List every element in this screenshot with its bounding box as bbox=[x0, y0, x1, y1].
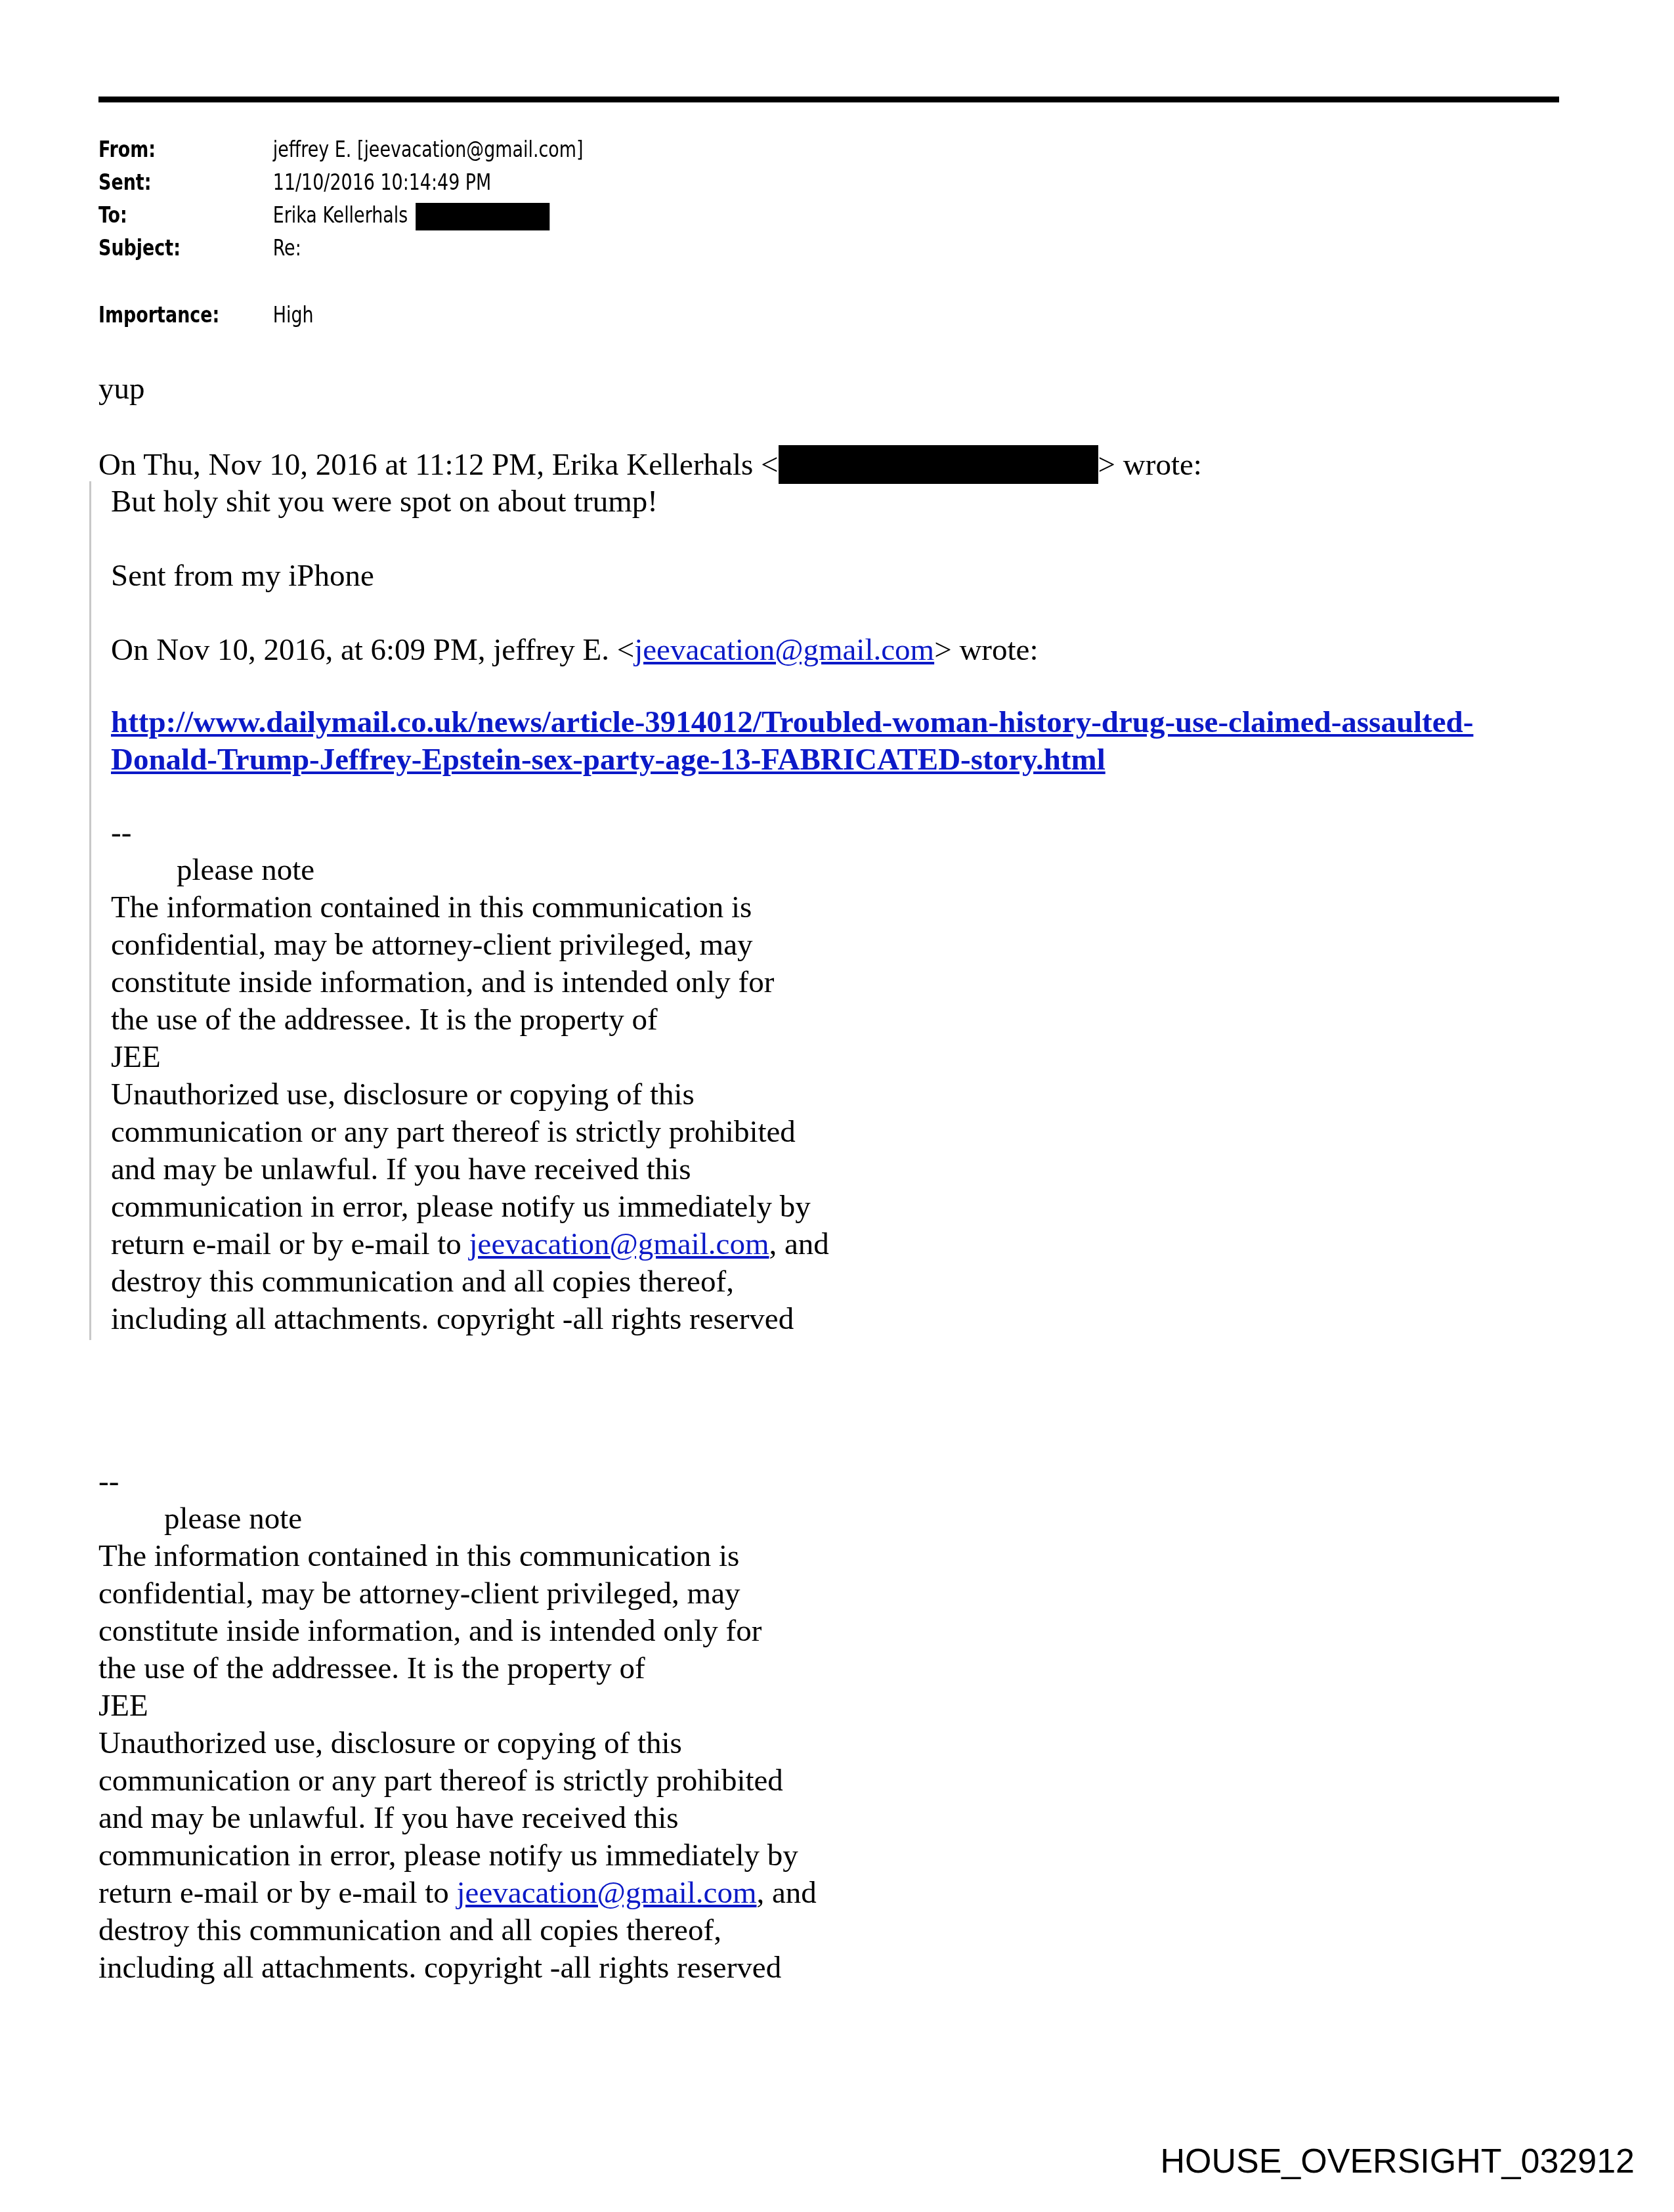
disclaimer-heading: please note bbox=[98, 1500, 817, 1538]
subject-row: Subject:Re: bbox=[98, 235, 301, 261]
disclaimer-email-link[interactable]: jeevacation@gmail.com bbox=[457, 1876, 757, 1910]
disclaimer-separator: -- bbox=[98, 1463, 817, 1500]
disclaimer-line: confidential, may be attorney-client pri… bbox=[98, 1575, 817, 1613]
return-prefix: return e-mail or by e-mail to bbox=[98, 1876, 457, 1910]
disclaimer-line: destroy this communication and all copie… bbox=[111, 1263, 829, 1301]
article-link-line1[interactable]: http://www.dailymail.co.uk/news/article-… bbox=[111, 705, 1473, 739]
quote2-intro: On Nov 10, 2016, at 6:09 PM, jeffrey E. … bbox=[111, 632, 1038, 669]
importance-label: Importance: bbox=[98, 302, 273, 328]
disclaimer-separator: -- bbox=[111, 814, 829, 852]
importance-row: Importance:High bbox=[98, 302, 314, 328]
quote1-text: But holy shit you were spot on about tru… bbox=[111, 483, 658, 521]
quote2-email-link[interactable]: jeevacation@gmail.com bbox=[634, 633, 934, 667]
disclaimer-line: constitute inside information, and is in… bbox=[111, 964, 829, 1001]
quote1-email-redaction bbox=[779, 445, 1098, 484]
disclaimer-line: Unauthorized use, disclosure or copying … bbox=[111, 1076, 829, 1114]
quote1-intro: On Thu, Nov 10, 2016 at 11:12 PM, Erika … bbox=[98, 445, 1202, 484]
disclaimer-line: JEE bbox=[98, 1687, 817, 1725]
to-label: To: bbox=[98, 202, 273, 228]
quote2-intro-suffix: > wrote: bbox=[934, 633, 1038, 667]
from-label: From: bbox=[98, 137, 273, 163]
article-link-block: http://www.dailymail.co.uk/news/article-… bbox=[111, 704, 1473, 779]
article-link-line2[interactable]: Donald-Trump-Jeffrey-Epstein-sex-party-a… bbox=[111, 743, 1105, 777]
quote1-signature: Sent from my iPhone bbox=[111, 557, 374, 595]
sent-label: Sent: bbox=[98, 169, 273, 196]
subject-value: Re: bbox=[273, 235, 301, 261]
disclaimer-return-line: return e-mail or by e-mail to jeevacatio… bbox=[98, 1875, 817, 1912]
disclaimer-line: communication or any part thereof is str… bbox=[111, 1114, 829, 1151]
quote1-intro-suffix: > wrote: bbox=[1098, 448, 1202, 482]
disclaimer-line: and may be unlawful. If you have receive… bbox=[98, 1800, 817, 1837]
disclaimer-line: JEE bbox=[111, 1039, 829, 1076]
outer-disclaimer: -- please note The information contained… bbox=[98, 1463, 817, 1987]
quote1-intro-prefix: On Thu, Nov 10, 2016 at 11:12 PM, Erika … bbox=[98, 448, 779, 482]
to-email-redaction bbox=[416, 203, 549, 230]
disclaimer-line: communication in error, please notify us… bbox=[98, 1837, 817, 1875]
return-prefix: return e-mail or by e-mail to bbox=[111, 1227, 469, 1261]
disclaimer-return-line: return e-mail or by e-mail to jeevacatio… bbox=[111, 1226, 829, 1263]
disclaimer-line: including all attachments. copyright -al… bbox=[98, 1949, 817, 1987]
sent-value: 11/10/2016 10:14:49 PM bbox=[273, 169, 492, 196]
to-row: To:Erika Kellerhals bbox=[98, 202, 550, 230]
disclaimer-email-link[interactable]: jeevacation@gmail.com bbox=[469, 1227, 769, 1261]
disclaimer-line: The information contained in this commun… bbox=[98, 1538, 817, 1575]
disclaimer-line: constitute inside information, and is in… bbox=[98, 1613, 817, 1650]
disclaimer-line: and may be unlawful. If you have receive… bbox=[111, 1151, 829, 1188]
quote2-intro-prefix: On Nov 10, 2016, at 6:09 PM, jeffrey E. … bbox=[111, 633, 634, 667]
quoted-disclaimer: -- please note The information contained… bbox=[111, 814, 829, 1338]
to-value: Erika Kellerhals bbox=[273, 202, 408, 228]
return-suffix: , and bbox=[757, 1876, 817, 1910]
disclaimer-line: communication in error, please notify us… bbox=[111, 1188, 829, 1226]
disclaimer-line: Unauthorized use, disclosure or copying … bbox=[98, 1725, 817, 1762]
quote-bar bbox=[89, 481, 91, 1340]
return-suffix: , and bbox=[769, 1227, 829, 1261]
disclaimer-line: the use of the addressee. It is the prop… bbox=[98, 1650, 817, 1687]
header-rule bbox=[98, 97, 1559, 102]
disclaimer-line: confidential, may be attorney-client pri… bbox=[111, 926, 829, 964]
from-row: From:jeffrey E. [jeevacation@gmail.com] bbox=[98, 137, 584, 163]
reply-text: yup bbox=[98, 370, 145, 408]
disclaimer-heading: please note bbox=[111, 852, 829, 889]
importance-value: High bbox=[273, 302, 314, 328]
disclaimer-line: including all attachments. copyright -al… bbox=[111, 1301, 829, 1338]
subject-label: Subject: bbox=[98, 235, 273, 261]
disclaimer-line: destroy this communication and all copie… bbox=[98, 1912, 817, 1949]
disclaimer-line: The information contained in this commun… bbox=[111, 889, 829, 926]
from-value: jeffrey E. [jeevacation@gmail.com] bbox=[273, 137, 584, 163]
disclaimer-line: communication or any part thereof is str… bbox=[98, 1762, 817, 1800]
sent-row: Sent:11/10/2016 10:14:49 PM bbox=[98, 169, 491, 196]
disclaimer-line: the use of the addressee. It is the prop… bbox=[111, 1001, 829, 1039]
bates-number: HOUSE_OVERSIGHT_032912 bbox=[1160, 2142, 1635, 2181]
